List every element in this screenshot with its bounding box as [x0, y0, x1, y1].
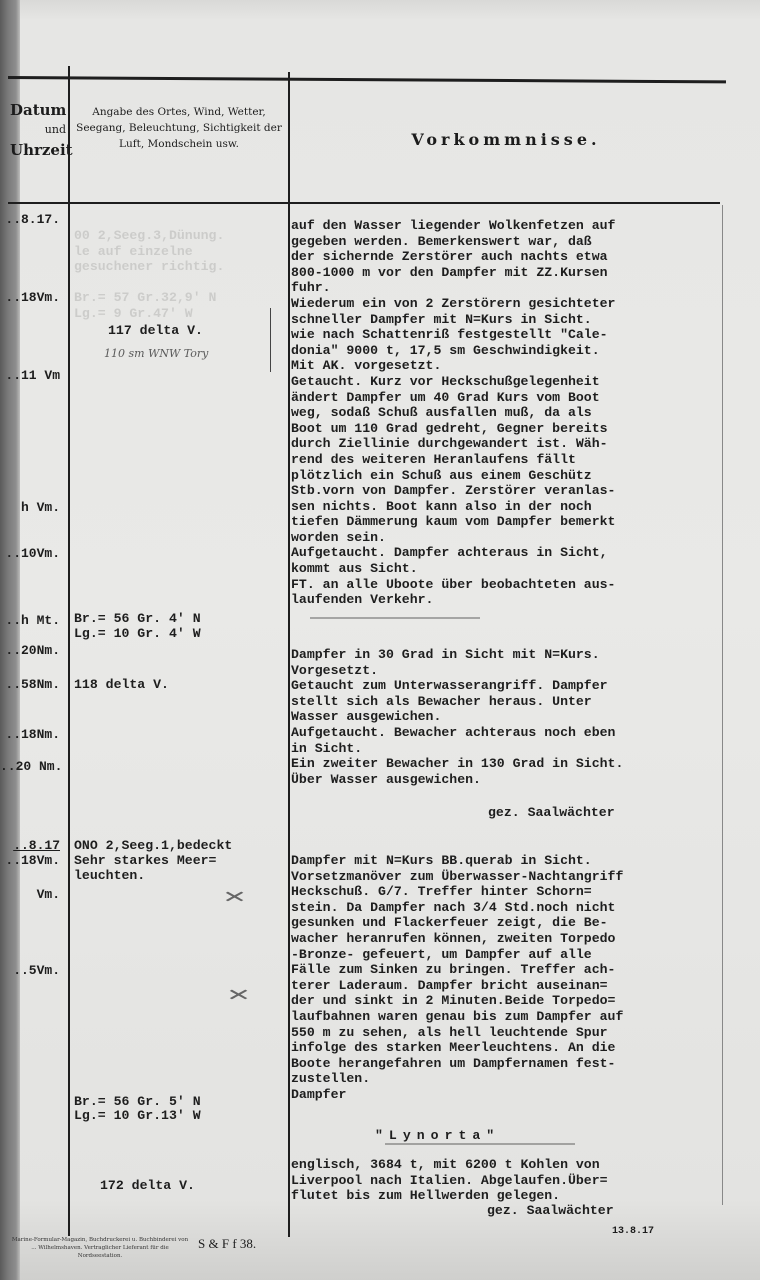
header-time-label: Uhrzeit [10, 140, 66, 160]
handwritten-note: 110 sm WNW Tory [104, 347, 208, 360]
events-block: auf den Wasser liegender Wolkenfetzen au… [291, 218, 615, 608]
time-entry: h Vm. [0, 500, 60, 516]
position-entry: 118 delta V. [74, 677, 169, 693]
time-entry: ..8.17. [0, 212, 60, 228]
pencil-cross-mark: ✕ [226, 986, 251, 1005]
binding-shadow [0, 0, 20, 1280]
header-rule [8, 202, 720, 204]
date-entry: ..8.17 [0, 838, 60, 854]
header-events: Vorkommnisse. [290, 130, 722, 149]
signature: gez. Saalwächter [487, 1203, 614, 1219]
ship-name: "Lynorta" [375, 1128, 500, 1144]
events-block: englisch, 3684 t, mit 6200 t Kohlen von … [291, 1157, 608, 1204]
latitude-entry: Br.= 56 Gr. 4' N [74, 611, 201, 627]
header-und-label: und [10, 120, 66, 140]
time-entry: ..18Vm. [0, 290, 60, 306]
time-entry: ..20Nm. [0, 643, 60, 659]
column-divider-place [288, 72, 290, 1237]
printer-imprint: Marine-Formular-Magazin, Buchdruckerei u… [10, 1236, 190, 1260]
pencil-underline [310, 617, 480, 619]
header-date-time: Datum und Uhrzeit [10, 100, 66, 160]
position-entry: 172 delta V. [100, 1178, 195, 1194]
weather-entry: Sehr starkes Meer= [74, 853, 216, 869]
header-date-label: Datum [10, 100, 66, 120]
form-code: S & F f 38. [198, 1236, 256, 1252]
longitude-entry: Lg.= 10 Gr.13' W [74, 1108, 201, 1124]
longitude-entry: Lg.= 10 Gr. 4' W [74, 626, 201, 642]
stamp-date: 13.8.17 [612, 1226, 654, 1237]
time-entry: ..18Nm. [0, 727, 60, 743]
events-block: Dampfer mit N=Kurs BB.querab in Sicht. V… [291, 853, 623, 1103]
signature: gez. Saalwächter [488, 805, 615, 821]
column-divider-date [68, 66, 70, 1236]
time-entry: Vm. [0, 887, 60, 903]
pencil-underline [385, 1143, 575, 1145]
events-block: Dampfer in 30 Grad in Sicht mit N=Kurs. … [291, 647, 623, 787]
time-entry: ..20 Nm. [0, 759, 60, 775]
time-entry: ..5Vm. [0, 963, 60, 979]
header-place-weather: Angabe des Ortes, Wind, Wetter, Seegang,… [76, 104, 282, 152]
right-margin-line [722, 205, 723, 1205]
time-entry: ..11 Vm [0, 368, 60, 384]
weather-entry: ONO 2,Seeg.1,bedeckt [74, 838, 232, 854]
time-entry: ..10Vm. [0, 546, 60, 562]
position-entry: 117 delta V. [108, 323, 203, 339]
time-entry: ..h Mt. [0, 613, 60, 629]
bleed-through: 00 2,Seeg.3,Dünung. le auf einzelne gesu… [74, 228, 224, 322]
time-entry: ..18Vm. [0, 853, 60, 869]
time-entry: ..58Nm. [0, 677, 60, 693]
weather-entry: leuchten. [74, 868, 145, 884]
pencil-bracket [270, 308, 271, 372]
pencil-cross-mark: ✕ [222, 888, 247, 907]
